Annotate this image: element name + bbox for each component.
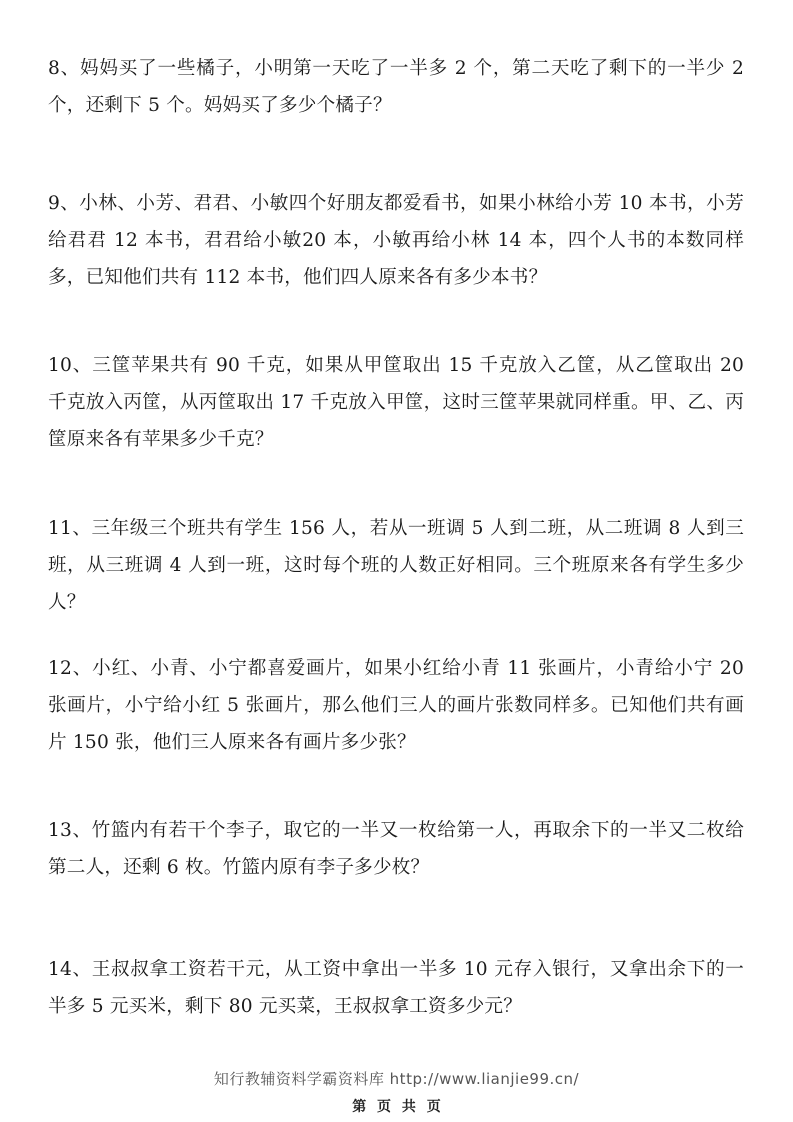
- problem-9: 9、小林、小芳、君君、小敏四个好朋友都爱看书，如果小林给小芳 10 本书，小芳给…: [48, 185, 744, 296]
- problem-13: 13、竹篮内有若干个李子，取它的一半又一枚给第一人，再取余下的一半又二枚给第二人…: [48, 812, 744, 886]
- problem-11: 11、三年级三个班共有学生 156 人，若从一班调 5 人到二班，从二班调 8 …: [48, 510, 744, 621]
- problem-8: 8、妈妈买了一些橘子，小明第一天吃了一半多 2 个，第二天吃了剩下的一半少 2 …: [48, 50, 744, 124]
- footer-page-number: 第 页 共 页: [0, 1096, 793, 1116]
- problem-12: 12、小红、小青、小宁都喜爱画片，如果小红给小青 11 张画片，小青给小宁 20…: [48, 650, 744, 761]
- problem-14: 14、王叔叔拿工资若干元，从工资中拿出一半多 10 元存入银行，又拿出余下的一半…: [48, 951, 744, 1025]
- footer-source-link[interactable]: 知行教辅资料学霸资料库 http://www.lianjie99.cn/: [0, 1068, 793, 1089]
- problem-10: 10、三筐苹果共有 90 千克，如果从甲筐取出 15 千克放入乙筐，从乙筐取出 …: [48, 347, 744, 458]
